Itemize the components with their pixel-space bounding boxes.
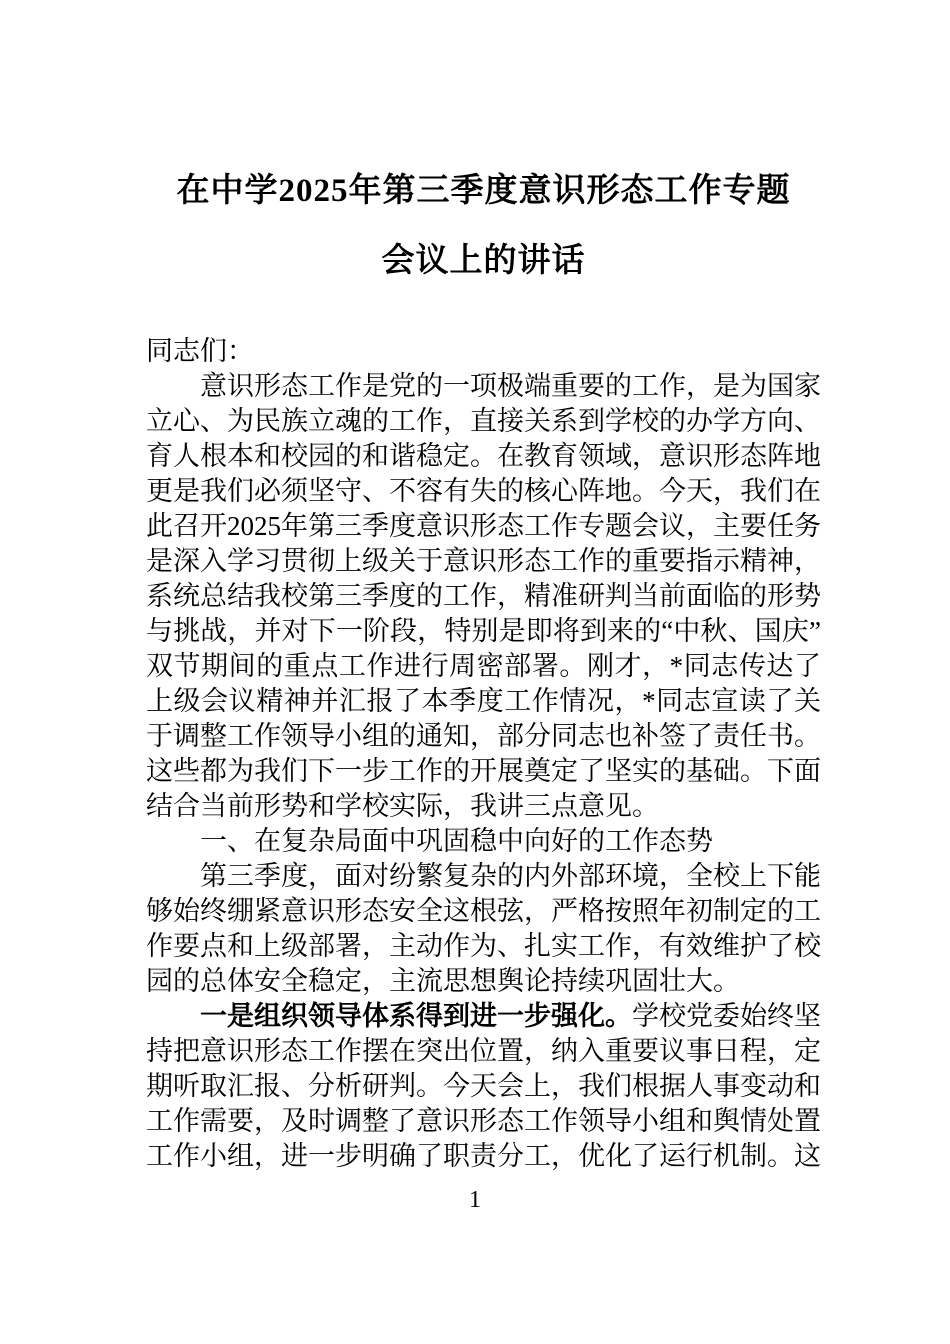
paragraph-intro: 意识形态工作是党的一项极端重要的工作，是为国家立心、为民族立魂的工作，直接关系到…: [146, 369, 821, 824]
title-line-1: 在中学2025年第三季度意识形态工作专题: [146, 156, 821, 226]
page-number: 1: [0, 1186, 950, 1214]
document-body: 同志们： 意识形态工作是党的一项极端重要的工作，是为国家立心、为民族立魂的工作，…: [146, 334, 821, 1174]
salutation: 同志们：: [146, 334, 821, 369]
section-heading-1: 一、在复杂局面中巩固稳中向好的工作态势: [146, 824, 821, 859]
bold-lead-sentence: 一是组织领导体系得到进一步强化。: [200, 1001, 632, 1031]
title-line-2: 会议上的讲话: [146, 226, 821, 296]
paragraph-leadership: 一是组织领导体系得到进一步强化。学校党委始终坚持把意识形态工作摆在突出位置，纳入…: [146, 999, 821, 1174]
document-page: 在中学2025年第三季度意识形态工作专题 会议上的讲话 同志们： 意识形态工作是…: [0, 0, 950, 1344]
paragraph-situation: 第三季度，面对纷繁复杂的内外部环境，全校上下能够始终绷紧意识形态安全这根弦，严格…: [146, 859, 821, 999]
document-title: 在中学2025年第三季度意识形态工作专题 会议上的讲话: [146, 156, 821, 296]
